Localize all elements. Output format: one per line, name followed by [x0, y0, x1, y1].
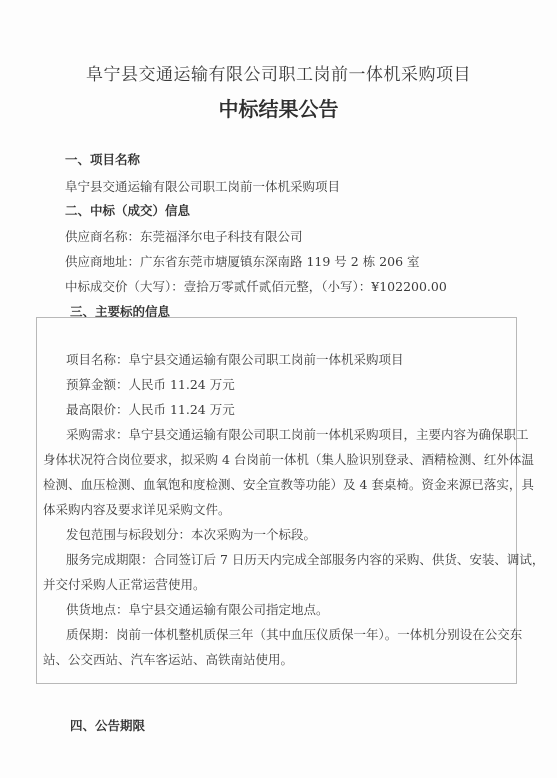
section-4-heading: 四、公告期限 [70, 716, 145, 734]
document-subtitle: 中标结果公告 [0, 93, 557, 122]
deadline-line-2: 并交付采购人正常运营使用。 [43, 575, 206, 593]
budget-amount: 预算金额：人民币 11.24 万元 [66, 375, 235, 393]
section-2-heading: 二、中标（成交）信息 [65, 201, 190, 219]
winning-price: 中标成交价（大写）：壹拾万零贰仟贰佰元整，（小写）：¥102200.00 [65, 277, 447, 295]
warranty-line-1: 质保期：岗前一体机整机质保三年（其中血压仪质保一年）。一体机分别设在公交东 [66, 625, 522, 643]
requirement-line-3: 检测、血压检测、血氧饱和度检测、安全宣教等功能）及 4 套桌椅。资金来源已落实，… [43, 475, 534, 493]
requirement-line-2: 身体状况符合岗位要求，拟采购 4 台岗前一体机（集人脸识别登录、酒精检测、红外体… [43, 450, 534, 468]
requirement-line-1: 采购需求：阜宁县交通运输有限公司职工岗前一体机采购项目，主要内容为确保职工 [66, 425, 529, 443]
delivery-location: 供货地点：阜宁县交通运输有限公司指定地点。 [66, 600, 329, 618]
supplier-address: 供应商地址：广东省东莞市塘厦镇东深南路 119 号 2 栋 206 室 [65, 252, 420, 270]
deadline-line-1: 服务完成期限：合同签订后 7 日历天内完成全部服务内容的采购、供货、安装、调试， [66, 550, 544, 568]
project-name-text: 阜宁县交通运输有限公司职工岗前一体机采购项目 [65, 177, 340, 195]
max-price: 最高限价：人民币 11.24 万元 [66, 400, 235, 418]
subject-project-name: 项目名称：阜宁县交通运输有限公司职工岗前一体机采购项目 [66, 350, 404, 368]
warranty-line-2: 站、公交西站、汽车客运站、高铁南站使用。 [43, 650, 293, 668]
document-title: 阜宁县交通运输有限公司职工岗前一体机采购项目 [0, 60, 557, 85]
section-1-heading: 一、项目名称 [65, 150, 140, 168]
supplier-name: 供应商名称：东莞福泽尔电子科技有限公司 [65, 227, 303, 245]
lot-division: 发包范围与标段划分：本次采购为一个标段。 [66, 525, 316, 543]
requirement-line-4: 体采购内容及要求详见采购文件。 [43, 500, 231, 518]
